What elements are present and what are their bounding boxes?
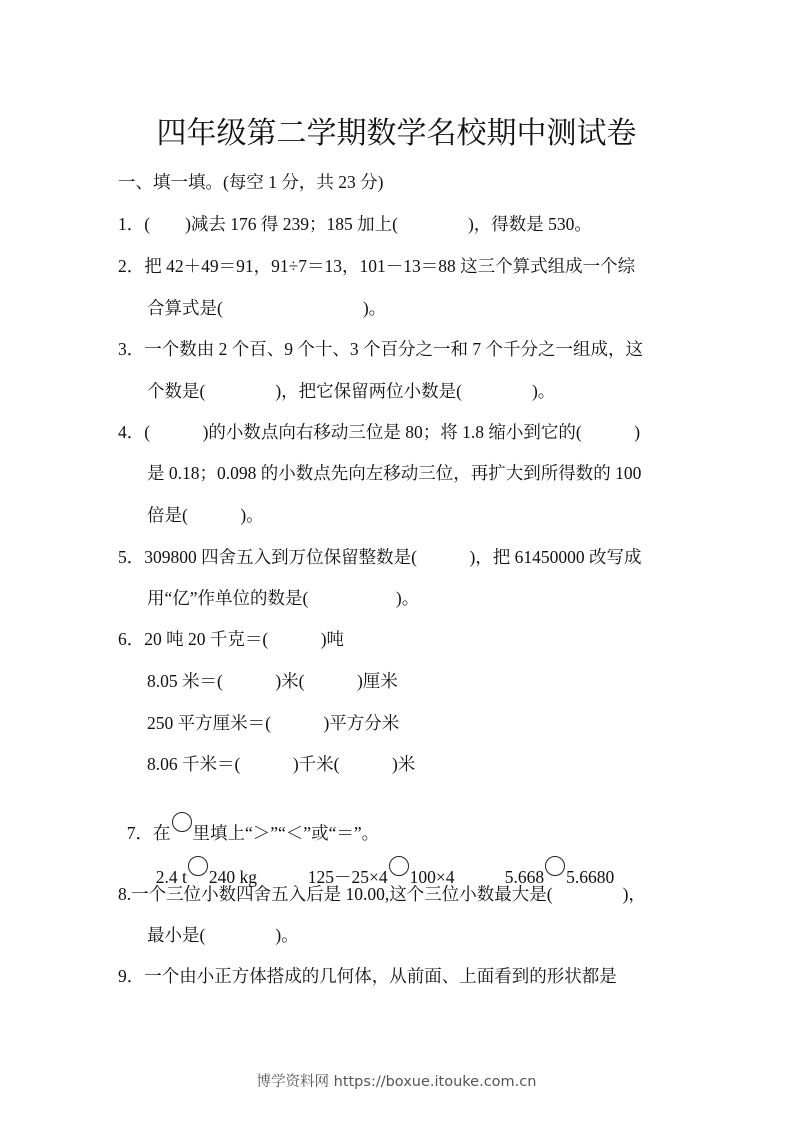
question-6-line-2: 8.05 米＝( )米( )厘米 [147,669,398,693]
page-title: 四年级第二学期数学名校期中测试卷 [0,108,793,152]
question-2-line-1: 2．把 42＋49＝91，91÷7＝13，101－13＝88 这三个算式组成一个… [118,254,635,278]
question-5-line-1: 5．309800 四舍五入到万位保留整数是( )，把 61450000 改写成 [118,545,642,569]
question-4-line-1: 4．( )的小数点向右移动三位是 80；将 1.8 缩小到它的( ) [118,420,640,444]
question-1: 1．( )减去 176 得 239；185 加上( )，得数是 530。 [118,212,592,236]
circle-blank-icon [172,812,192,832]
question-8-line-2: 最小是( )。 [147,923,299,947]
question-9-line-1: 9．一个由小正方体搭成的几何体，从前面、上面看到的形状都是 [118,964,617,988]
question-3-line-1: 3．一个数由 2 个百、9 个十、3 个百分之一和 7 个千分之一组成，这 [118,337,643,361]
question-3-line-2: 个数是( )，把它保留两位小数是( )。 [147,379,555,403]
compare-circle-blank[interactable] [545,856,565,876]
compare-circle-blank[interactable] [389,856,409,876]
question-2-line-2: 合算式是( )。 [147,296,386,320]
question-7-line-1: 7．在里填上“＞”“＜”或“＝”。 [118,796,379,845]
question-6-line-1: 6．20 吨 20 千克＝( )吨 [118,627,344,651]
question-6-line-3: 250 平方厘米＝( )平方分米 [147,711,399,735]
question-6-line-4: 8.06 千米＝( )千米( )米 [147,752,415,776]
question-4-line-2: 是 0.18；0.098 的小数点先向左移动三位，再扩大到所得数的 100 [147,461,641,485]
footer-watermark: 博学资料网 https://boxue.itouke.com.cn [0,1070,793,1091]
question-8-line-1: 8.一个三位小数四舍五入后是 10.00,这个三位小数最大是( )， [118,882,646,906]
section-heading: 一、填一填。(每空 1 分，共 23 分) [118,170,383,194]
question-5-line-2: 用“亿”作单位的数是( )。 [147,586,419,610]
question-4-line-3: 倍是( )。 [147,503,264,527]
compare-circle-blank[interactable] [188,856,208,876]
